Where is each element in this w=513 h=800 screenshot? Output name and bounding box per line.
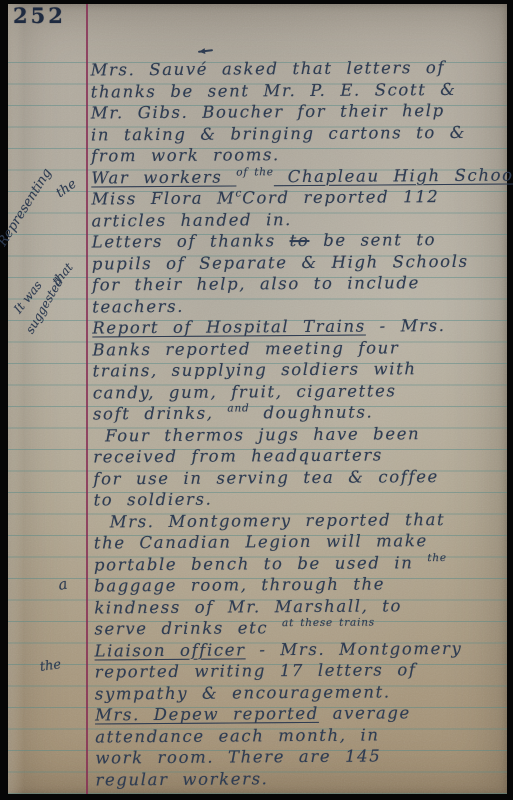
handwritten-text: trains, supplying soldiers with — [93, 359, 417, 380]
insertion-arrow-icon — [198, 49, 213, 53]
handwritten-text: portable bench to be used in — [94, 553, 427, 574]
manuscript-line: candy, gum, fruit, cigarettes — [93, 379, 513, 403]
inserted-text: at these trains — [282, 617, 375, 630]
manuscript-line: baggage room, through the — [94, 573, 513, 597]
margin-note: Representing — [0, 166, 55, 249]
handwritten-text: regular workers. — [95, 769, 268, 789]
handwritten-text: for use in serving tea & coffee — [93, 467, 439, 488]
underlined-heading-text: Report of Hospital Trains — [92, 317, 366, 338]
manuscript-line: for use in serving tea & coffee — [93, 465, 513, 489]
handwritten-text: be sent to — [309, 230, 436, 250]
handwritten-text: thanks be sent Mr. P. E. Scott & — [91, 79, 457, 101]
manuscript-line: Mrs. Montgomery reported that — [94, 508, 513, 532]
manuscript-line: Banks reported meeting four — [92, 336, 512, 360]
inserted-text: of the — [236, 166, 274, 178]
handwritten-text: average — [319, 703, 411, 723]
manuscript-line: sympathy & encouragement. — [95, 680, 513, 704]
manuscript-line: Report of Hospital Trains - Mrs. — [92, 315, 512, 339]
manuscript-line: reported writing 17 letters of — [95, 659, 513, 683]
margin-note: a — [57, 575, 69, 594]
handwritten-text: the Canadian Legion will make — [94, 531, 428, 552]
handwritten-text: soft drinks, — [93, 404, 228, 424]
handwritten-text: from work rooms. — [91, 145, 280, 165]
manuscript-line: regular workers. — [95, 766, 513, 790]
handwritten-text: kindness of Mr. Marshall, to — [94, 596, 402, 617]
manuscript-line: to soldiers. — [93, 487, 513, 511]
manuscript-line: from work rooms. — [91, 143, 511, 167]
underlined-heading-text: Liaison officer — [95, 640, 246, 660]
manuscript-line: in taking & bringing cartons to & — [91, 121, 511, 145]
manuscript-line: teachers. — [92, 293, 512, 317]
handwritten-text: attendance each month, in — [95, 725, 379, 746]
page-number: 252 — [13, 3, 66, 28]
manuscript-line: received from headquarters — [93, 444, 513, 468]
manuscript-line: thanks be sent Mr. P. E. Scott & — [91, 78, 511, 102]
manuscript-line: soft drinks, and doughnuts. — [93, 401, 513, 425]
manuscript-line: trains, supplying soldiers with — [93, 358, 513, 382]
manuscript-line: serve drinks etc at these trains — [94, 616, 513, 640]
manuscript-line: Letters of thanks to be sent to — [92, 229, 512, 253]
handwritten-text: doughnuts. — [250, 403, 374, 423]
handwritten-text: received from headquarters — [93, 445, 383, 466]
manuscript-line: for their help, also to include — [92, 272, 512, 296]
margin-note: the — [53, 176, 79, 201]
handwritten-text: Miss Flora M — [91, 188, 235, 208]
manuscript-line: Liaison officer - Mrs. Montgomery — [95, 637, 513, 661]
handwritten-text: - Mrs. Montgomery — [245, 638, 462, 659]
manuscript-line: work room. There are 145 — [95, 745, 513, 769]
inserted-text: c — [235, 187, 242, 199]
handwritten-text: candy, gum, fruit, cigarettes — [93, 381, 397, 402]
handwritten-text: Four thermos jugs have been — [105, 424, 420, 445]
manuscript-line: Four thermos jugs have been — [93, 422, 513, 446]
underlined-heading-text: Mrs. Depew reported — [95, 704, 319, 725]
handwritten-text-block: Mrs. Sauvé asked that letters ofthanks b… — [90, 57, 513, 791]
handwritten-text: Mrs. Sauvé asked that letters of — [90, 58, 445, 79]
handwritten-text: to soldiers. — [93, 490, 212, 510]
handwritten-text: teachers. — [92, 296, 184, 316]
manuscript-line: Mrs. Sauvé asked that letters of — [90, 57, 510, 81]
handwritten-text: Mrs. Montgomery reported that — [110, 510, 446, 531]
manuscript-line: pupils of Separate & High Schools — [92, 250, 512, 274]
inserted-text: the — [427, 551, 447, 563]
margin-note: the — [39, 657, 62, 675]
handwritten-text: Letters of thanks — [92, 231, 290, 251]
handwritten-text: Mr. Gibs. Boucher for their help — [91, 101, 445, 122]
handwritten-text: Banks reported meeting four — [92, 338, 399, 359]
manuscript-line: the Canadian Legion will make — [94, 530, 513, 554]
handwritten-text: serve drinks etc — [94, 618, 282, 638]
ledger-paper: 252 Mrs. Sauvé asked that letters ofthan… — [8, 4, 507, 794]
manuscript-line: Mrs. Depew reported average — [95, 702, 513, 726]
manuscript-line: articles handed in. — [92, 207, 512, 231]
manuscript-line: portable bench to be used in the — [94, 551, 513, 575]
handwritten-text: for their help, also to include — [92, 273, 420, 294]
handwritten-text: pupils of Separate & High Schools — [92, 251, 469, 273]
handwritten-text: - Mrs. — [366, 316, 446, 336]
handwritten-text: work room. There are 145 — [95, 746, 381, 767]
manuscript-line: Miss Flora McCord reported 112 — [91, 186, 511, 210]
underlined-heading-text: War workers — [91, 167, 236, 187]
handwritten-text: sympathy & encouragement. — [95, 682, 391, 703]
scanned-page-photo: 252 Mrs. Sauvé asked that letters ofthan… — [0, 0, 513, 800]
inserted-text: and — [227, 402, 249, 414]
handwritten-text: in taking & bringing cartons to & — [91, 122, 466, 144]
handwritten-text: reported writing 17 letters of — [95, 660, 417, 681]
handwritten-text: articles handed in. — [92, 210, 293, 230]
manuscript-line: kindness of Mr. Marshall, to — [94, 594, 513, 618]
margin-rule-line — [86, 4, 88, 794]
struck-out-text: to — [290, 231, 310, 250]
manuscript-line: War workers of the Chapleau High School — [91, 164, 511, 188]
manuscript-line: attendance each month, in — [95, 723, 513, 747]
handwritten-text: baggage room, through the — [94, 574, 385, 595]
underlined-heading-text: Chapleau High School — [274, 165, 513, 186]
handwritten-text: Cord reported 112 — [242, 187, 439, 207]
manuscript-line: Mr. Gibs. Boucher for their help — [91, 100, 511, 124]
